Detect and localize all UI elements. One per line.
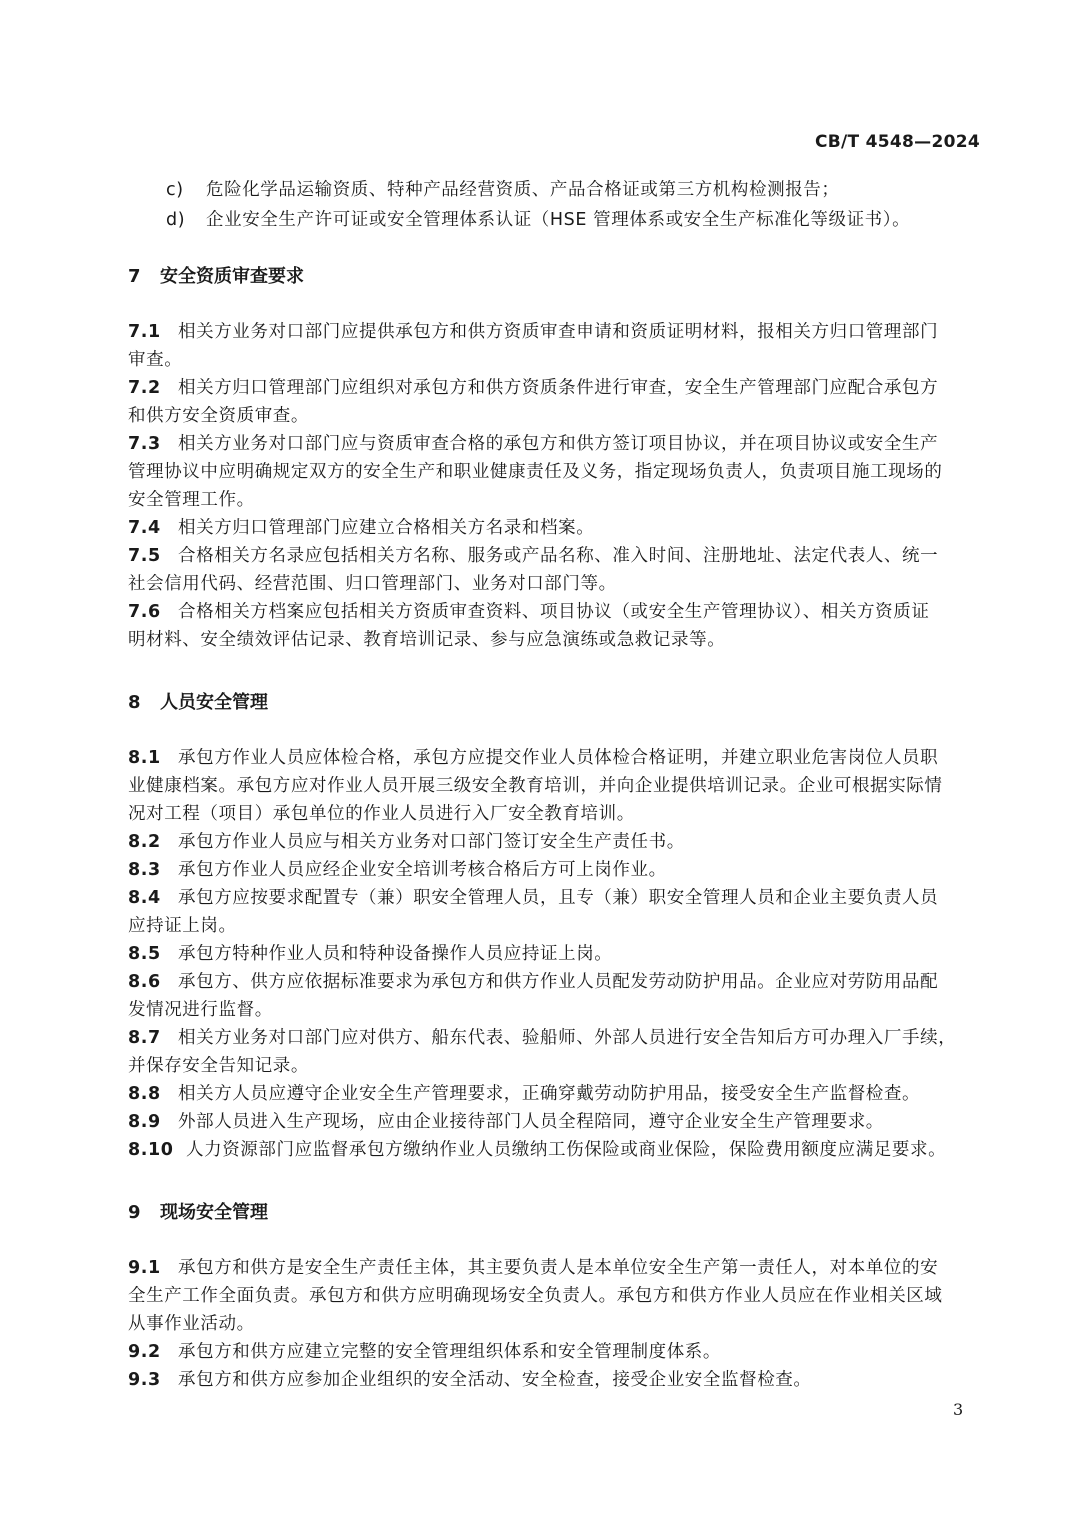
clause-text: 和供方安全资质审查。 <box>128 406 309 426</box>
clause-7-1: 7.1相关方业务对口部门应提供承包方和供方资质审查申请和资质证明材料，报相关方归… <box>128 318 980 347</box>
clause-text: 相关方人员应遵守企业安全生产管理要求，正确穿戴劳动防护用品，接受安全生产监督检查… <box>178 1084 920 1104</box>
clause-number: 9.1 <box>128 1254 178 1283</box>
clause-number: 7.5 <box>128 542 178 571</box>
clause-text: 人力资源部门应监督承包方缴纳作业人员缴纳工伤保险或商业保险，保险费用额度应满足要… <box>186 1140 946 1160</box>
clause-text: 承包方、供方应依据标准要求为承包方和供方作业人员配发劳动防护用品。企业应对劳防用… <box>178 972 938 992</box>
clause-7-2-cont: 和供方安全资质审查。 <box>128 402 980 431</box>
clause-7-3-cont1: 管理协议中应明确规定双方的安全生产和职业健康责任及义务，指定现场负责人，负责项目… <box>128 458 980 487</box>
clause-number: 7.4 <box>128 514 178 543</box>
section-title: 现场安全管理 <box>160 1202 268 1223</box>
clause-text: 承包方作业人员应体检合格，承包方应提交作业人员体检合格证明，并建立职业危害岗位人… <box>178 748 938 768</box>
clause-number: 8.1 <box>128 744 178 773</box>
clause-text: 相关方归口管理部门应组织对承包方和供方资质条件进行审查，安全生产管理部门应配合承… <box>178 378 938 398</box>
clause-text: 承包方和供方应建立完整的安全管理组织体系和安全管理制度体系。 <box>178 1342 721 1362</box>
list-text: 企业安全生产许可证或安全管理体系认证（HSE 管理体系或安全生产标准化等级证书）… <box>206 210 910 230</box>
clause-number: 8.9 <box>128 1108 178 1137</box>
section-heading-8: 8人员安全管理 <box>128 688 268 714</box>
clause-number: 7.2 <box>128 374 178 403</box>
clause-text: 发情况进行监督。 <box>128 1000 273 1020</box>
clause-text: 安全管理工作。 <box>128 490 255 510</box>
clause-8-1: 8.1承包方作业人员应体检合格，承包方应提交作业人员体检合格证明，并建立职业危害… <box>128 744 980 773</box>
clause-number: 8.10 <box>128 1136 186 1165</box>
section-number: 9 <box>128 1202 160 1223</box>
clause-7-4: 7.4相关方归口管理部门应建立合格相关方名录和档案。 <box>128 514 980 543</box>
clause-8-1-cont1: 业健康档案。承包方应对作业人员开展三级安全教育培训，并向企业提供培训记录。企业可… <box>128 772 980 801</box>
list-text: 危险化学品运输资质、特种产品经营资质、产品合格证或第三方机构检测报告； <box>206 180 840 200</box>
clause-8-2: 8.2承包方作业人员应与相关方业务对口部门签订安全生产责任书。 <box>128 828 980 857</box>
section-title: 人员安全管理 <box>160 692 268 713</box>
clause-8-3: 8.3承包方作业人员应经企业安全培训考核合格后方可上岗作业。 <box>128 856 980 885</box>
clause-text: 相关方业务对口部门应对供方、船东代表、验船师、外部人员进行安全告知后方可办理入厂… <box>178 1028 956 1048</box>
section-title: 安全资质审查要求 <box>160 266 304 287</box>
clause-7-3: 7.3相关方业务对口部门应与资质审查合格的承包方和供方签订项目协议，并在项目协议… <box>128 430 980 459</box>
list-item-d: d)企业安全生产许可证或安全管理体系认证（HSE 管理体系或安全生产标准化等级证… <box>166 206 910 231</box>
standard-code: CB/T 4548—2024 <box>815 132 980 152</box>
page-number: 3 <box>953 1400 963 1419</box>
clause-text: 并保存安全告知记录。 <box>128 1056 309 1076</box>
clause-7-1-cont: 审查。 <box>128 346 980 375</box>
clause-9-3: 9.3承包方和供方应参加企业组织的安全活动、安全检查，接受企业安全监督检查。 <box>128 1366 980 1395</box>
clause-text: 社会信用代码、经营范围、归口管理部门、业务对口部门等。 <box>128 574 617 594</box>
clause-text: 外部人员进入生产现场，应由企业接待部门人员全程陪同，遵守企业安全生产管理要求。 <box>178 1112 884 1132</box>
clause-text: 合格相关方名录应包括相关方名称、服务或产品名称、准入时间、注册地址、法定代表人、… <box>178 546 938 566</box>
clause-9-1-cont1: 全生产工作全面负责。承包方和供方应明确现场安全负责人。承包方和供方作业人员应在作… <box>128 1282 980 1311</box>
clause-number: 8.2 <box>128 828 178 857</box>
clause-text: 合格相关方档案应包括相关方资质审查资料、项目协议（或安全生产管理协议）、相关方资… <box>178 602 929 622</box>
clause-text: 明材料、安全绩效评估记录、教育培训记录、参与应急演练或急救记录等。 <box>128 630 725 650</box>
clause-number: 8.7 <box>128 1024 178 1053</box>
list-label: d) <box>166 210 206 230</box>
section-heading-9: 9现场安全管理 <box>128 1198 268 1224</box>
clause-number: 8.6 <box>128 968 178 997</box>
clause-text: 承包方作业人员应经企业安全培训考核合格后方可上岗作业。 <box>178 860 667 880</box>
clause-number: 9.2 <box>128 1338 178 1367</box>
clause-7-5-cont: 社会信用代码、经营范围、归口管理部门、业务对口部门等。 <box>128 570 980 599</box>
clause-7-6-cont: 明材料、安全绩效评估记录、教育培训记录、参与应急演练或急救记录等。 <box>128 626 980 655</box>
clause-number: 7.3 <box>128 430 178 459</box>
clause-text: 承包方和供方应参加企业组织的安全活动、安全检查，接受企业安全监督检查。 <box>178 1370 812 1390</box>
clause-8-6: 8.6承包方、供方应依据标准要求为承包方和供方作业人员配发劳动防护用品。企业应对… <box>128 968 980 997</box>
clause-8-9: 8.9外部人员进入生产现场，应由企业接待部门人员全程陪同，遵守企业安全生产管理要… <box>128 1108 980 1137</box>
section-number: 8 <box>128 692 160 713</box>
clause-text: 承包方特种作业人员和特种设备操作人员应持证上岗。 <box>178 944 612 964</box>
clause-text: 全生产工作全面负责。承包方和供方应明确现场安全负责人。承包方和供方作业人员应在作… <box>128 1286 943 1306</box>
clause-text: 应持证上岗。 <box>128 916 237 936</box>
clause-number: 8.4 <box>128 884 178 913</box>
clause-8-1-cont2: 况对工程（项目）承包单位的作业人员进行入厂安全教育培训。 <box>128 800 980 829</box>
clause-7-5: 7.5合格相关方名录应包括相关方名称、服务或产品名称、准入时间、注册地址、法定代… <box>128 542 980 571</box>
clause-number: 8.3 <box>128 856 178 885</box>
clause-text: 况对工程（项目）承包单位的作业人员进行入厂安全教育培训。 <box>128 804 635 824</box>
clause-text: 审查。 <box>128 350 182 370</box>
clause-8-8: 8.8相关方人员应遵守企业安全生产管理要求，正确穿戴劳动防护用品，接受安全生产监… <box>128 1080 980 1109</box>
clause-8-5: 8.5承包方特种作业人员和特种设备操作人员应持证上岗。 <box>128 940 980 969</box>
clause-9-1: 9.1承包方和供方是安全生产责任主体，其主要负责人是本单位安全生产第一责任人，对… <box>128 1254 980 1283</box>
clause-8-10: 8.10人力资源部门应监督承包方缴纳作业人员缴纳工伤保险或商业保险，保险费用额度… <box>128 1136 980 1165</box>
section-number: 7 <box>128 266 160 287</box>
clause-number: 8.8 <box>128 1080 178 1109</box>
clause-9-2: 9.2承包方和供方应建立完整的安全管理组织体系和安全管理制度体系。 <box>128 1338 980 1367</box>
clause-text: 相关方业务对口部门应与资质审查合格的承包方和供方签订项目协议，并在项目协议或安全… <box>178 434 938 454</box>
clause-8-7-cont: 并保存安全告知记录。 <box>128 1052 980 1081</box>
clause-text: 承包方作业人员应与相关方业务对口部门签订安全生产责任书。 <box>178 832 685 852</box>
clause-number: 9.3 <box>128 1366 178 1395</box>
clause-7-3-cont2: 安全管理工作。 <box>128 486 980 515</box>
clause-7-6: 7.6合格相关方档案应包括相关方资质审查资料、项目协议（或安全生产管理协议）、相… <box>128 598 980 627</box>
clause-8-6-cont: 发情况进行监督。 <box>128 996 980 1025</box>
section-heading-7: 7安全资质审查要求 <box>128 262 304 288</box>
clause-8-7: 8.7相关方业务对口部门应对供方、船东代表、验船师、外部人员进行安全告知后方可办… <box>128 1024 980 1053</box>
clause-number: 8.5 <box>128 940 178 969</box>
clause-8-4: 8.4承包方应按要求配置专（兼）职安全管理人员，且专（兼）职安全管理人员和企业主… <box>128 884 980 913</box>
clause-number: 7.6 <box>128 598 178 627</box>
clause-text: 相关方归口管理部门应建立合格相关方名录和档案。 <box>178 518 594 538</box>
clause-text: 承包方应按要求配置专（兼）职安全管理人员，且专（兼）职安全管理人员和企业主要负责… <box>178 888 938 908</box>
clause-text: 从事作业活动。 <box>128 1314 255 1334</box>
clause-7-2: 7.2相关方归口管理部门应组织对承包方和供方资质条件进行审查，安全生产管理部门应… <box>128 374 980 403</box>
clause-text: 管理协议中应明确规定双方的安全生产和职业健康责任及义务，指定现场负责人，负责项目… <box>128 462 943 482</box>
clause-number: 7.1 <box>128 318 178 347</box>
list-item-c: c)危险化学品运输资质、特种产品经营资质、产品合格证或第三方机构检测报告； <box>166 176 840 201</box>
list-label: c) <box>166 180 206 200</box>
clause-9-1-cont2: 从事作业活动。 <box>128 1310 980 1339</box>
clause-text: 业健康档案。承包方应对作业人员开展三级安全教育培训，并向企业提供培训记录。企业可… <box>128 776 943 796</box>
clause-text: 相关方业务对口部门应提供承包方和供方资质审查申请和资质证明材料，报相关方归口管理… <box>178 322 938 342</box>
clause-8-4-cont: 应持证上岗。 <box>128 912 980 941</box>
clause-text: 承包方和供方是安全生产责任主体，其主要负责人是本单位安全生产第一责任人，对本单位… <box>178 1258 938 1278</box>
